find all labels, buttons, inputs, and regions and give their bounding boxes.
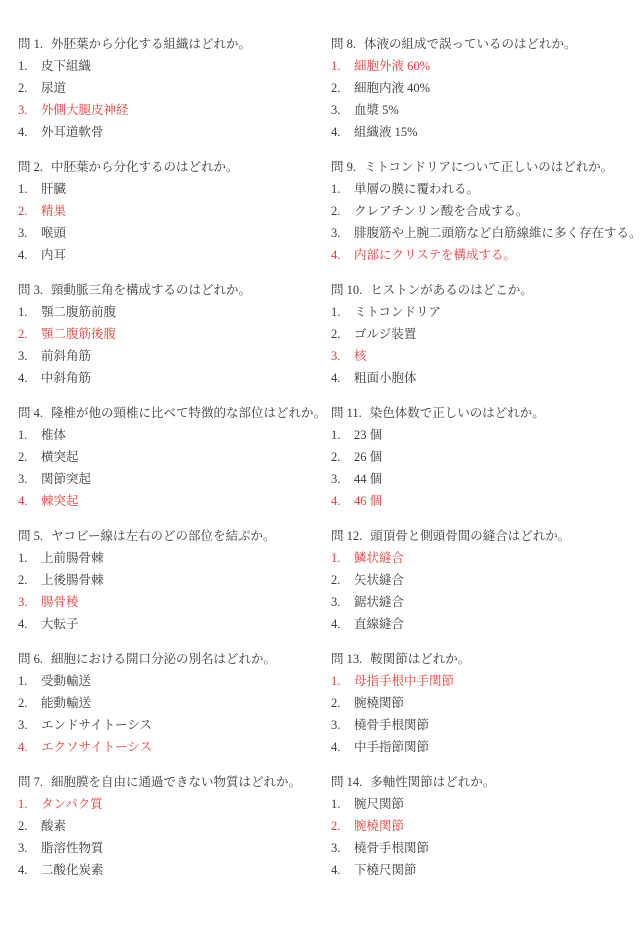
option-text: 関節突起 [41,472,91,486]
question-heading: 問 2.中胚葉から分化するのはどれか。 [18,156,324,178]
option-number: 4. [331,121,354,143]
option-text: 44 個 [354,472,382,486]
answer-option: 4.外耳道軟骨 [18,121,324,143]
question-block: 問 5.ヤコビー線は左右のどの部位を結ぶか。1.上前腸骨棘2.上後腸骨棘3.腸骨… [18,525,324,635]
question-column-left: 問 1.外胚葉から分化する組織はどれか。1.皮下組織2.尿道3.外側大腿皮神経4… [18,33,324,894]
option-number: 2. [331,323,354,345]
answer-option: 1.肝臓 [18,178,324,200]
answer-option: 2.酸素 [18,815,324,837]
option-number: 3. [331,714,354,736]
option-text: 粗面小胞体 [354,371,417,385]
answer-option: 1.上前腸骨棘 [18,547,324,569]
question-block: 問 9.ミトコンドリアについて正しいのはどれか。1.単層の膜に覆われる。2.クレ… [331,156,637,266]
answer-option: 2.矢状縫合 [331,569,637,591]
answer-option: 1.ミトコンドリア [331,301,637,323]
question-block: 問 7.細胞膜を自由に通過できない物質はどれか。1.タンパク質2.酸素3.脂溶性… [18,771,324,881]
answer-option: 3.喉頭 [18,222,324,244]
option-text: 腸骨稜 [41,595,79,609]
question-heading: 問 12.頭頂骨と側頭骨間の縫合はどれか。 [331,525,637,547]
option-number: 4. [18,859,41,881]
option-text: 上前腸骨棘 [41,551,104,565]
option-text: 顎二腹筋前腹 [41,305,116,319]
option-number: 2. [18,323,41,345]
question-column-right: 問 8.体液の組成で誤っているのはどれか。1.細胞外液 60%2.細胞内液 40… [331,33,637,894]
option-number: 4. [18,121,41,143]
option-text: 26 個 [354,450,382,464]
question-number: 問 3. [18,283,43,297]
answer-option: 4.直線縫合 [331,613,637,635]
question-heading: 問 3.頸動脈三角を構成するのはどれか。 [18,279,324,301]
question-heading: 問 9.ミトコンドリアについて正しいのはどれか。 [331,156,637,178]
answer-option-correct: 2.腕橈関節 [331,815,637,837]
option-number: 3. [331,591,354,613]
answer-option: 3.鋸状縫合 [331,591,637,613]
option-text: 組織液 15% [354,125,418,139]
answer-option-correct: 4.棘突起 [18,490,324,512]
question-number: 問 12. [331,529,362,543]
question-text: 体液の組成で誤っているのはどれか。 [364,37,577,51]
answer-option-correct: 4.46 個 [331,490,637,512]
option-number: 1. [18,178,41,200]
question-text: 染色体数で正しいのはどれか。 [370,406,545,420]
answer-option: 4.二酸化炭素 [18,859,324,881]
question-block: 問 14.多軸性関節はどれか。1.腕尺関節2.腕橈関節3.橈骨手根関節4.下橈尺… [331,771,637,881]
option-text: 顎二腹筋後腹 [41,327,116,341]
answer-option: 3.前斜角筋 [18,345,324,367]
answer-option: 1.顎二腹筋前腹 [18,301,324,323]
option-text: 鱗状縫合 [354,551,404,565]
option-number: 1. [18,424,41,446]
answer-option-correct: 1.細胞外液 60% [331,55,637,77]
option-text: 中手指節関節 [354,740,429,754]
question-number: 問 13. [331,652,362,666]
option-number: 1. [18,793,41,815]
option-number: 1. [331,178,354,200]
option-number: 2. [331,692,354,714]
option-text: 中斜角筋 [41,371,91,385]
question-block: 問 11.染色体数で正しいのはどれか。1.23 個2.26 個3.44 個4.4… [331,402,637,512]
option-text: 核 [354,349,367,363]
option-text: 23 個 [354,428,382,442]
option-text: 椎体 [41,428,66,442]
option-number: 4. [331,859,354,881]
option-number: 3. [331,222,354,244]
question-heading: 問 5.ヤコビー線は左右のどの部位を結ぶか。 [18,525,324,547]
option-text: 直線縫合 [354,617,404,631]
answer-option: 1.受動輸送 [18,670,324,692]
option-number: 3. [18,222,41,244]
question-heading: 問 7.細胞膜を自由に通過できない物質はどれか。 [18,771,324,793]
option-number: 2. [18,200,41,222]
option-number: 1. [331,55,354,77]
question-number: 問 8. [331,37,356,51]
answer-option: 3.橈骨手根関節 [331,714,637,736]
answer-option-correct: 1.母指手根中手関節 [331,670,637,692]
answer-option-correct: 3.腸骨稜 [18,591,324,613]
question-block: 問 6.細胞における開口分泌の別名はどれか。1.受動輸送2.能動輸送3.エンドサ… [18,648,324,758]
option-text: ミトコンドリア [354,305,441,319]
option-text: 外側大腿皮神経 [41,103,129,117]
question-number: 問 1. [18,37,43,51]
answer-option: 1.椎体 [18,424,324,446]
answer-option: 2.腕橈関節 [331,692,637,714]
option-text: 二酸化炭素 [41,863,104,877]
question-heading: 問 14.多軸性関節はどれか。 [331,771,637,793]
question-number: 問 2. [18,160,43,174]
answer-option-correct: 2.精巣 [18,200,324,222]
option-number: 2. [331,446,354,468]
option-text: 内部にクリステを構成する。 [354,248,516,262]
option-text: 橈骨手根関節 [354,718,429,732]
option-text: 細胞内液 40% [354,81,430,95]
question-block: 問 8.体液の組成で誤っているのはどれか。1.細胞外液 60%2.細胞内液 40… [331,33,637,143]
answer-option-correct: 3.外側大腿皮神経 [18,99,324,121]
answer-option: 4.組織液 15% [331,121,637,143]
option-number: 1. [331,424,354,446]
answer-option: 1.単層の膜に覆われる。 [331,178,637,200]
question-block: 問 2.中胚葉から分化するのはどれか。1.肝臓2.精巣3.喉頭4.内耳 [18,156,324,266]
answer-option: 2.能動輸送 [18,692,324,714]
option-number: 3. [331,99,354,121]
answer-option: 2.上後腸骨棘 [18,569,324,591]
question-number: 問 11. [331,406,362,420]
answer-option: 2.クレアチンリン酸を合成する。 [331,200,637,222]
option-number: 4. [18,613,41,635]
question-heading: 問 8.体液の組成で誤っているのはどれか。 [331,33,637,55]
question-heading: 問 11.染色体数で正しいのはどれか。 [331,402,637,424]
option-text: タンパク質 [41,797,103,811]
option-text: 矢状縫合 [354,573,404,587]
question-text: 細胞膜を自由に通過できない物質はどれか。 [51,775,301,789]
option-text: 腓腹筋や上腕二頭筋など白筋線維に多く存在する。 [354,226,640,240]
option-number: 3. [18,345,41,367]
option-number: 4. [18,367,41,389]
question-text: ミトコンドリアについて正しいのはどれか。 [364,160,613,174]
question-text: 細胞における開口分泌の別名はどれか。 [51,652,276,666]
option-text: 棘突起 [41,494,79,508]
option-number: 1. [331,547,354,569]
answer-option: 1.皮下組織 [18,55,324,77]
option-number: 2. [18,446,41,468]
option-text: 細胞外液 60% [354,59,430,73]
answer-option-correct: 4.内部にクリステを構成する。 [331,244,637,266]
question-text: 多軸性関節はどれか。 [370,775,495,789]
question-heading: 問 1.外胚葉から分化する組織はどれか。 [18,33,324,55]
option-text: 能動輸送 [41,696,91,710]
answer-option: 4.中手指節関節 [331,736,637,758]
option-number: 3. [331,837,354,859]
question-number: 問 9. [331,160,356,174]
answer-option: 1.23 個 [331,424,637,446]
option-text: 皮下組織 [41,59,91,73]
question-number: 問 14. [331,775,362,789]
answer-option: 2.尿道 [18,77,324,99]
option-number: 2. [331,200,354,222]
option-number: 1. [18,547,41,569]
option-number: 2. [331,815,354,837]
option-number: 3. [18,468,41,490]
option-text: 前斜角筋 [41,349,91,363]
option-text: 母指手根中手関節 [354,674,454,688]
question-text: 頸動脈三角を構成するのはどれか。 [51,283,251,297]
question-text: ヒストンがあるのはどこか。 [370,283,533,297]
answer-option: 3.関節突起 [18,468,324,490]
answer-option: 2.横突起 [18,446,324,468]
option-number: 4. [331,736,354,758]
answer-option: 3.腓腹筋や上腕二頭筋など白筋線維に多く存在する。 [331,222,637,244]
option-text: 鋸状縫合 [354,595,404,609]
option-text: 上後腸骨棘 [41,573,104,587]
answer-option: 2.細胞内液 40% [331,77,637,99]
question-number: 問 10. [331,283,362,297]
option-number: 4. [18,490,41,512]
question-heading: 問 13.鞍関節はどれか。 [331,648,637,670]
question-text: 頭頂骨と側頭骨間の縫合はどれか。 [370,529,570,543]
answer-option: 4.粗面小胞体 [331,367,637,389]
option-text: 肝臓 [41,182,66,196]
option-number: 2. [18,692,41,714]
option-text: 橈骨手根関節 [354,841,429,855]
option-text: 下橈尺関節 [354,863,417,877]
question-text: ヤコビー線は左右のどの部位を結ぶか。 [51,529,276,543]
answer-option: 3.橈骨手根関節 [331,837,637,859]
option-number: 4. [331,367,354,389]
option-text: 横突起 [41,450,79,464]
option-text: 腕尺関節 [354,797,404,811]
option-text: エクソサイトーシス [41,740,152,754]
option-number: 4. [18,736,41,758]
option-text: 精巣 [41,204,66,218]
answer-option-correct: 2.顎二腹筋後腹 [18,323,324,345]
option-text: クレアチンリン酸を合成する。 [354,204,528,218]
option-number: 2. [18,569,41,591]
question-block: 問 3.頸動脈三角を構成するのはどれか。1.顎二腹筋前腹2.顎二腹筋後腹3.前斜… [18,279,324,389]
question-text: 中胚葉から分化するのはどれか。 [51,160,239,174]
option-text: 喉頭 [41,226,66,240]
question-text: 外胚葉から分化する組織はどれか。 [51,37,251,51]
option-text: 単層の膜に覆われる。 [354,182,479,196]
option-text: 腕橈関節 [354,819,404,833]
option-number: 4. [331,244,354,266]
option-text: 脂溶性物質 [41,841,104,855]
question-block: 問 10.ヒストンがあるのはどこか。1.ミトコンドリア2.ゴルジ装置3.核4.粗… [331,279,637,389]
answer-option: 4.内耳 [18,244,324,266]
option-number: 1. [331,301,354,323]
answer-option-correct: 1.鱗状縫合 [331,547,637,569]
answer-option: 3.血漿 5% [331,99,637,121]
option-number: 3. [331,345,354,367]
option-text: エンドサイトーシス [41,718,152,732]
option-number: 3. [18,591,41,613]
option-text: 46 個 [354,494,382,508]
answer-option: 2.26 個 [331,446,637,468]
option-text: 尿道 [41,81,66,95]
answer-option: 3.エンドサイトーシス [18,714,324,736]
option-text: 大転子 [41,617,79,631]
option-number: 1. [331,793,354,815]
answer-option-correct: 1.タンパク質 [18,793,324,815]
question-block: 問 12.頭頂骨と側頭骨間の縫合はどれか。1.鱗状縫合2.矢状縫合3.鋸状縫合4… [331,525,637,635]
question-heading: 問 6.細胞における開口分泌の別名はどれか。 [18,648,324,670]
question-number: 問 7. [18,775,43,789]
option-number: 1. [331,670,354,692]
answer-option-correct: 4.エクソサイトーシス [18,736,324,758]
answer-option: 1.腕尺関節 [331,793,637,815]
option-number: 1. [18,670,41,692]
question-heading: 問 4.隆椎が他の頸椎に比べて特徴的な部位はどれか。 [18,402,324,424]
question-number: 問 5. [18,529,43,543]
question-block: 問 1.外胚葉から分化する組織はどれか。1.皮下組織2.尿道3.外側大腿皮神経4… [18,33,324,143]
option-number: 3. [18,837,41,859]
option-number: 4. [331,613,354,635]
option-number: 3. [18,99,41,121]
answer-option: 4.下橈尺関節 [331,859,637,881]
option-number: 4. [18,244,41,266]
option-number: 4. [331,490,354,512]
option-number: 1. [18,301,41,323]
answer-option: 2.ゴルジ装置 [331,323,637,345]
option-number: 2. [18,77,41,99]
answer-option: 4.大転子 [18,613,324,635]
option-text: 腕橈関節 [354,696,404,710]
question-number: 問 6. [18,652,43,666]
option-number: 3. [331,468,354,490]
answer-option: 4.中斜角筋 [18,367,324,389]
answer-option-correct: 3.核 [331,345,637,367]
quiz-document-page: 問 1.外胚葉から分化する組織はどれか。1.皮下組織2.尿道3.外側大腿皮神経4… [0,0,640,926]
option-number: 3. [18,714,41,736]
option-text: 内耳 [41,248,66,262]
option-number: 2. [331,77,354,99]
option-text: ゴルジ装置 [354,327,416,341]
question-block: 問 4.隆椎が他の頸椎に比べて特徴的な部位はどれか。1.椎体2.横突起3.関節突… [18,402,324,512]
option-number: 1. [18,55,41,77]
option-text: 外耳道軟骨 [41,125,104,139]
option-text: 受動輸送 [41,674,91,688]
option-text: 血漿 5% [354,103,399,117]
answer-option: 3.脂溶性物質 [18,837,324,859]
question-number: 問 4. [18,406,43,420]
question-heading: 問 10.ヒストンがあるのはどこか。 [331,279,637,301]
question-text: 隆椎が他の頸椎に比べて特徴的な部位はどれか。 [51,406,326,420]
option-text: 酸素 [41,819,66,833]
option-number: 2. [18,815,41,837]
option-number: 2. [331,569,354,591]
question-block: 問 13.鞍関節はどれか。1.母指手根中手関節2.腕橈関節3.橈骨手根関節4.中… [331,648,637,758]
question-text: 鞍関節はどれか。 [370,652,470,666]
answer-option: 3.44 個 [331,468,637,490]
